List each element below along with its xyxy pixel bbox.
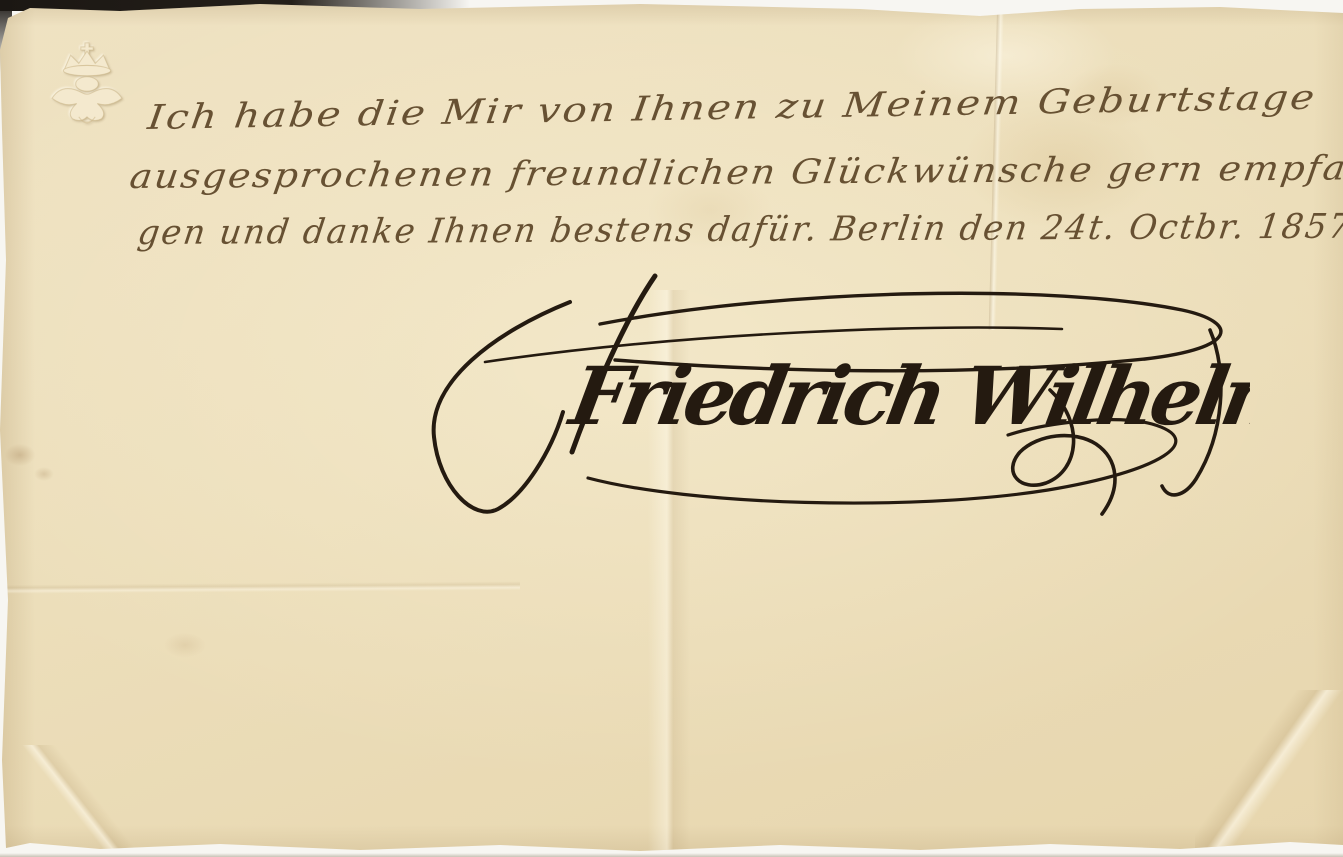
signature-name: Friedrich Wilhelm [562,350,1250,444]
signature: Friedrich Wilhelm [410,272,1250,552]
handwritten-line-2: ausgesprochenen freundlichen Glückwünsch… [127,148,1343,197]
backdrop-bottom-edge [0,853,1343,857]
scanned-letter-photo: Ich habe die Mir von Ihnen zu Meinem Geb… [0,0,1343,857]
handwritten-line-1: Ich habe die Mir von Ihnen zu Meinem Geb… [146,78,1319,138]
fold-crease-horizontal [0,581,520,594]
signature-flourish-left-loop [434,302,570,512]
corner-fold-bottom-left [0,745,150,857]
letter-paper: Ich habe die Mir von Ihnen zu Meinem Geb… [0,0,1343,857]
corner-fold-bottom-right [1195,690,1343,857]
crown-eagle-seal-icon [50,40,124,132]
handwritten-line-3: gen und danke Ihnen bestens dafür. Berli… [135,207,1343,253]
